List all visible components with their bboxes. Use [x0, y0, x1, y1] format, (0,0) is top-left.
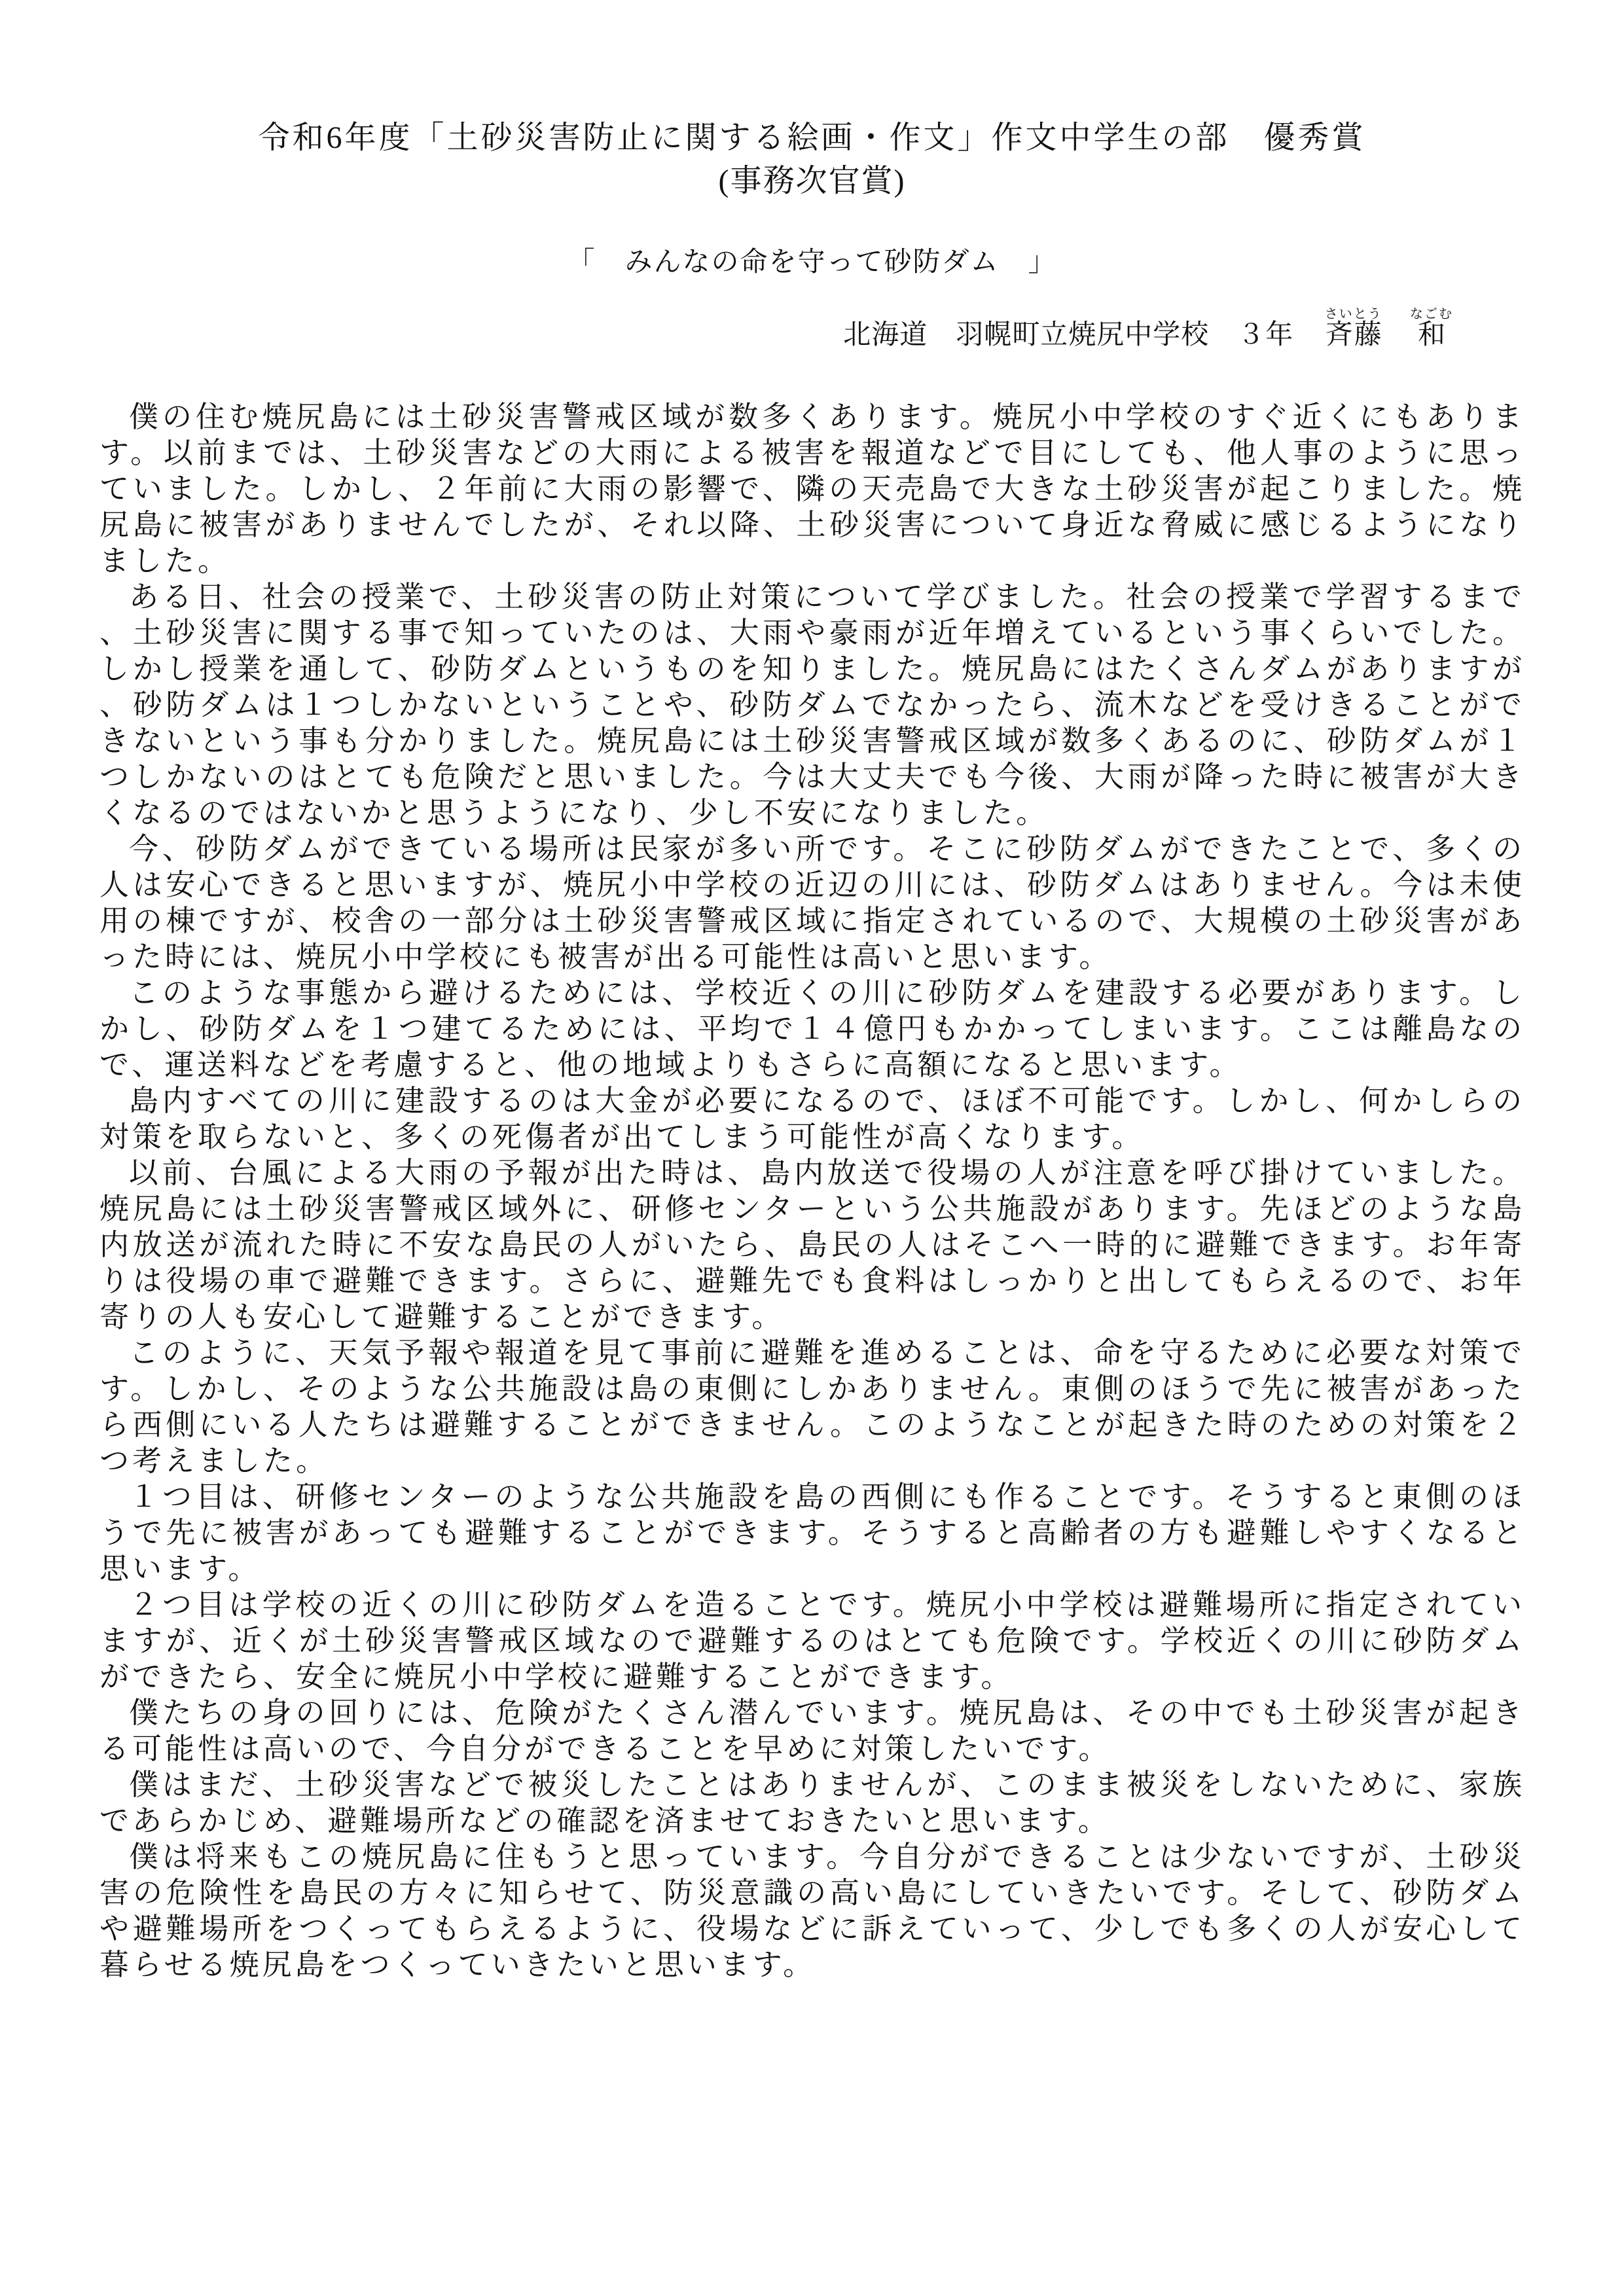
- author-surname-furigana: さいとう: [1325, 307, 1382, 321]
- essay-paragraph: このように、天気予報や報道を見て事前に避難を進めることは、命を守るために必要な対…: [99, 1335, 1525, 1479]
- essay-paragraph: １つ目は、研修センターのような公共施設を島の西側にも作ることです。そうすると東側…: [99, 1479, 1525, 1587]
- author-given-name-furigana: なごむ: [1410, 307, 1453, 321]
- essay-paragraph: 僕は将来もこの焼尻島に住もうと思っています。今自分ができることは少ないですが、土…: [99, 1839, 1525, 1983]
- award-subheading: (事務次官賞): [0, 160, 1624, 203]
- essay-paragraph: 以前、台風による大雨の予報が出た時は、島内放送で役場の人が注意を呼び掛けていまし…: [99, 1155, 1525, 1335]
- essay-paragraph: 今、砂防ダムができている場所は民家が多い所です。そこに砂防ダムができたことで、多…: [99, 831, 1525, 975]
- essay-paragraph: 僕はまだ、土砂災害などで被災したことはありませんが、このまま被災をしないために、…: [99, 1767, 1525, 1839]
- essay-paragraph: ある日、社会の授業で、土砂災害の防止対策について学びました。社会の授業で学習する…: [99, 579, 1525, 831]
- essay-paragraph: 僕の住む焼尻島には土砂災害警戒区域が数多くあります。焼尻小中学校のすぐ近くにもあ…: [99, 399, 1525, 579]
- award-essay-page: 令和6年度「土砂災害防止に関する絵画・作文」作文中学生の部 優秀賞 (事務次官賞…: [0, 0, 1624, 2296]
- essay-paragraph: ２つ目は学校の近くの川に砂防ダムを造ることです。焼尻小中学校は避難場所に指定され…: [99, 1587, 1525, 1695]
- essay-body: 僕の住む焼尻島には土砂災害警戒区域が数多くあります。焼尻小中学校のすぐ近くにもあ…: [99, 399, 1525, 1983]
- author-given-name-text: 和: [1410, 320, 1453, 350]
- author-surname: 斉藤さいとう: [1326, 320, 1382, 350]
- author-line: 北海道 羽幌町立焼尻中学校 ３年 斉藤さいとう 和なごむ: [0, 304, 1624, 367]
- essay-title: 「 みんなの命を守って砂防ダム 」: [0, 243, 1624, 281]
- essay-paragraph: このような事態から避けるためには、学校近くの川に砂防ダムを建設する必要があります…: [99, 975, 1525, 1083]
- author-affiliation: 北海道 羽幌町立焼尻中学校 ３年: [843, 320, 1293, 350]
- essay-paragraph: 僕たちの身の回りには、危険がたくさん潜んでいます。焼尻島は、その中でも土砂災害が…: [99, 1695, 1525, 1767]
- essay-paragraph: 島内すべての川に建設するのは大金が必要になるので、ほぼ不可能です。しかし、何かし…: [99, 1083, 1525, 1155]
- author-surname-text: 斉藤: [1325, 320, 1382, 350]
- author-given-name: 和なごむ: [1413, 320, 1453, 350]
- contest-award-heading: 令和6年度「土砂災害防止に関する絵画・作文」作文中学生の部 優秀賞: [0, 0, 1624, 160]
